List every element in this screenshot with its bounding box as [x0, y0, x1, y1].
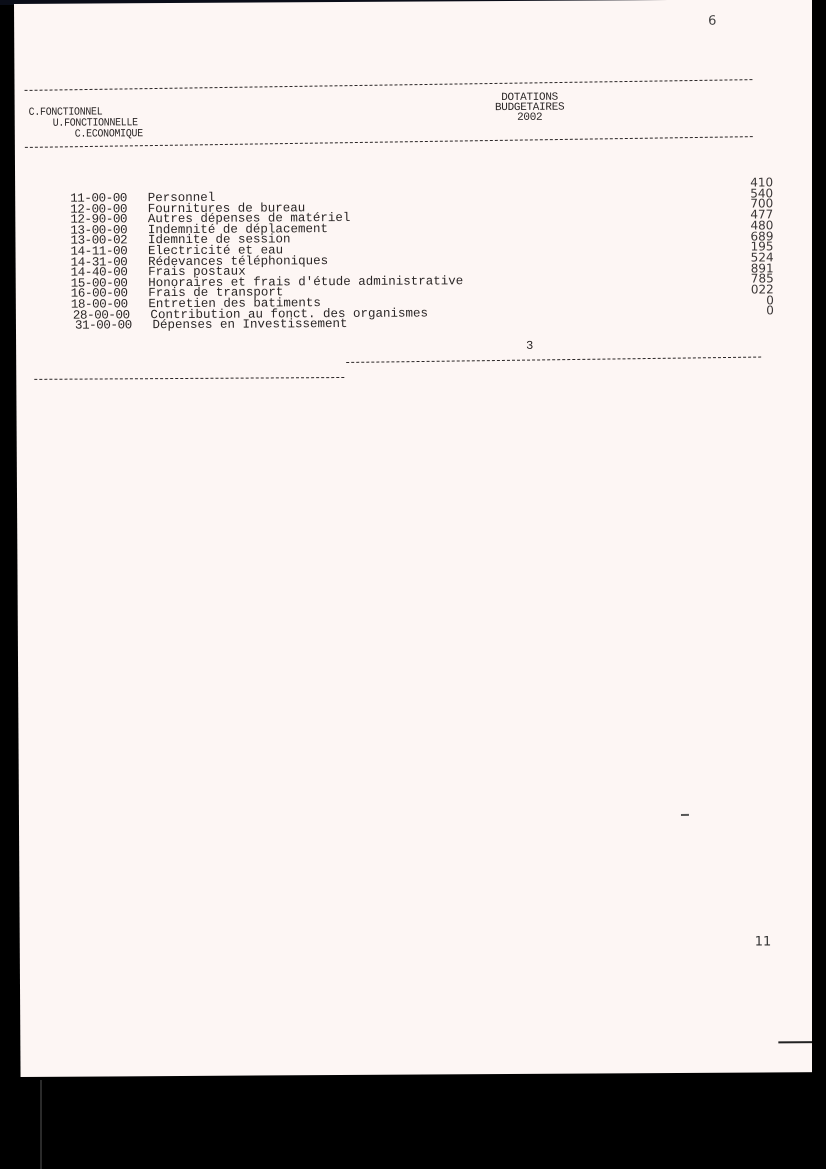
budget-lines: 11-00-00 Personnel12-00-00 Fournitures d… [70, 191, 463, 331]
budget-values: 41054070047748068919552489178502200 [715, 177, 774, 316]
staple-mark [778, 1041, 816, 1043]
document-page: 6 C.FONCTIONNEL U.FONCTIONNELLE C.ECONOM… [14, 0, 821, 1077]
header-top-rule [25, 79, 753, 91]
scan-artifact-line [40, 1080, 42, 1169]
header-year: 2002 [470, 112, 590, 123]
footer-rule-left [34, 377, 344, 380]
budget-line: 31-00-00 Dépenses en Investissement [75, 318, 464, 331]
bottom-page-number: 11 [755, 934, 772, 949]
line-code: 31-00-00 [75, 320, 145, 331]
footer-rule-right [346, 357, 761, 363]
section-marker: 3 [526, 339, 533, 353]
top-page-number: 6 [708, 14, 716, 29]
scan-right-edge [812, 0, 826, 1090]
header-dotations-col: DOTATIONS BUDGETAIRES 2002 [470, 92, 590, 123]
header-c-economique: C.ECONOMIQUE [75, 129, 143, 140]
line-value: 022 [716, 284, 774, 295]
line-label: Dépenses en Investissement [152, 317, 347, 332]
line-value: 0 [716, 306, 774, 317]
line-value: 0 [716, 295, 774, 306]
scan-speck [681, 814, 689, 816]
